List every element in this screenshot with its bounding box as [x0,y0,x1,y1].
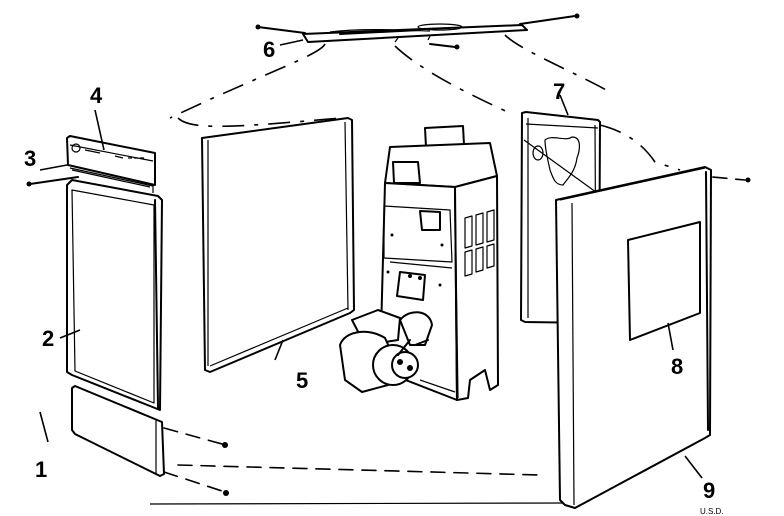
callout-7: 7 [553,79,565,104]
left-side-panel [178,118,354,372]
footer-mark: U.S.D. [700,507,724,516]
callout-6: 6 [263,37,275,62]
callout-3: 3 [24,146,36,171]
callout-5: 5 [296,368,308,393]
callout-1: 1 [35,457,47,482]
right-side-panel [556,167,711,508]
front-door-panel [67,180,162,410]
callout-2: 2 [42,326,54,351]
exploded-parts-diagram: 1 2 3 4 5 6 7 8 9 U.S.D. [0,0,784,516]
top-panel [170,14,610,119]
callout-9: 9 [703,478,715,503]
callout-4: 4 [90,83,103,108]
callout-8: 8 [671,354,683,379]
